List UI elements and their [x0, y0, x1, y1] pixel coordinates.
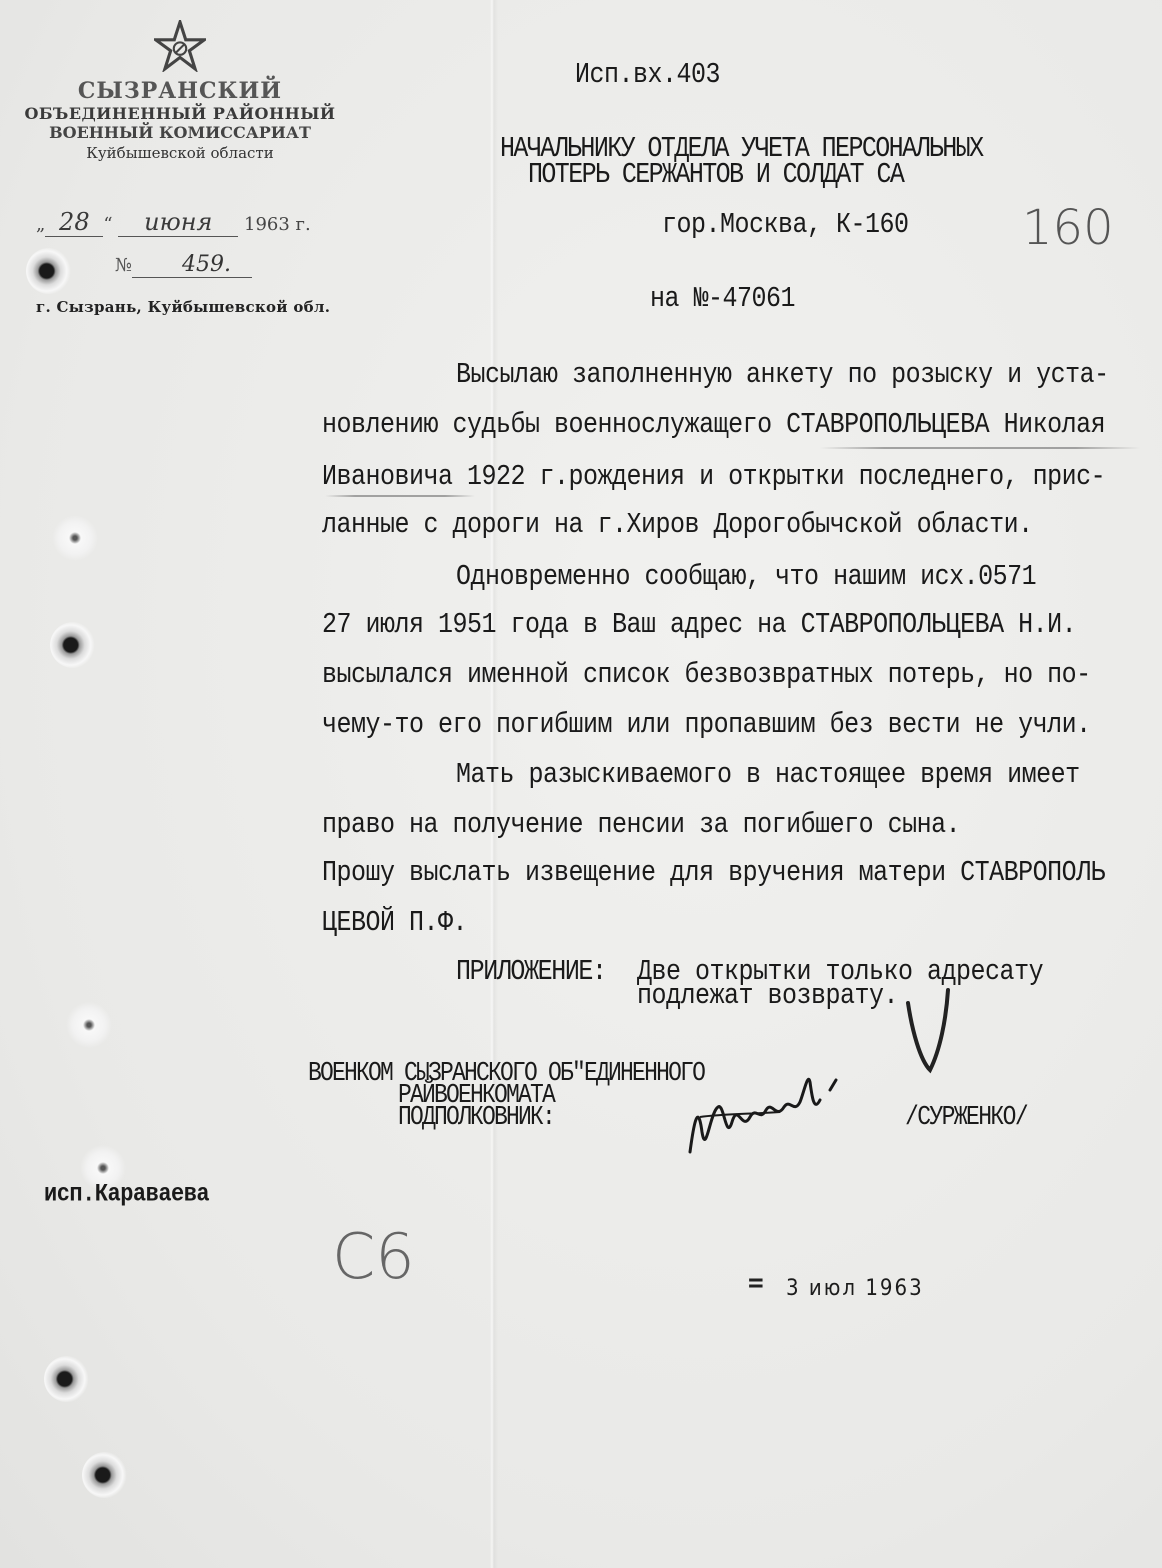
- received-stamp-prefix: =: [748, 1268, 764, 1298]
- stamp-date-year: 1963 г.: [244, 214, 311, 235]
- pencil-note: С6: [332, 1220, 415, 1293]
- body-line: право на получение пенсии за погибшего с…: [322, 808, 960, 841]
- body-line: Одновременно сообщаю, что нашим исх.0571: [456, 560, 1036, 593]
- punch-hole: [52, 515, 98, 561]
- body-line: высылался именной список безвозвратных п…: [322, 658, 1091, 691]
- stamp-date-month: июня: [118, 208, 238, 237]
- body-line: чему-то его погибшим или пропавшим без в…: [322, 708, 1091, 741]
- attachment-line-2: подлежат возврату.: [637, 979, 898, 1012]
- stamp-number-label: №: [115, 255, 132, 276]
- body-line: Ивановича 1922 г.рождения и открытки пос…: [322, 460, 1105, 493]
- body-line: Прошу выслать извещение для вручения мат…: [322, 856, 1105, 889]
- incoming-reference: Исп.вх.403: [575, 58, 720, 91]
- stamp-city: г. Сызрань, Куйбышевской обл.: [36, 298, 330, 316]
- stamp-line-1: СЫЗРАНСКИЙ: [20, 78, 340, 104]
- body-line: ланные с дороги на г.Хиров Дорогобычской…: [322, 508, 1033, 541]
- signature-line-3: ПОДПОЛКОВНИК:: [398, 1102, 554, 1132]
- commissariat-stamp: СЫЗРАНСКИЙ ОБЪЕДИНЕННЫЙ РАЙОННЫЙ ВОЕННЫЙ…: [20, 20, 340, 162]
- stamp-line-3: ВОЕННЫЙ КОМИССАРИАТ: [20, 123, 340, 142]
- signatory-name: /СУРЖЕНКО/: [905, 1102, 1027, 1132]
- punch-hole: [50, 622, 96, 668]
- check-mark-icon: [880, 975, 960, 1075]
- punch-hole: [44, 1356, 90, 1402]
- handwritten-signature: [680, 1062, 880, 1162]
- addressee-line-2: ПОТЕРЬ СЕРЖАНТОВ И СОЛДАТ СА: [528, 158, 903, 191]
- addressee-city: гор.Москва, К-160: [662, 208, 909, 241]
- received-date-stamp: 3 июл 1963: [786, 1276, 924, 1301]
- stamp-date-day: 28: [45, 208, 103, 237]
- punch-hole: [82, 1452, 128, 1498]
- stamp-number-value: 459.: [132, 252, 252, 278]
- stamp-line-2: ОБЪЕДИНЕННЫЙ РАЙОННЫЙ: [20, 104, 340, 123]
- body-line: 27 июля 1951 года в Ваш адрес на СТАВРОП…: [322, 608, 1076, 641]
- body-line: Высылаю заполненную анкету по розыску и …: [456, 358, 1109, 391]
- pencil-underline: [325, 495, 475, 497]
- executor-name: исп.Караваева: [44, 1180, 209, 1209]
- body-line: ЦЕВОЙ П.Ф.: [322, 906, 467, 939]
- body-line: новлению судьбы военнослужащего СТАВРОПО…: [322, 408, 1105, 441]
- punch-hole: [26, 248, 72, 294]
- pencil-underline: [820, 447, 1140, 449]
- handwritten-mark: 160: [1022, 200, 1114, 256]
- reply-reference: на №-47061: [650, 282, 795, 315]
- stamp-line-4: Куйбышевской области: [20, 144, 340, 162]
- body-line: Мать разыскиваемого в настоящее время им…: [456, 758, 1080, 791]
- red-army-star-icon: [154, 20, 206, 72]
- punch-hole: [66, 1002, 112, 1048]
- stamp-date: „28“ июня 1963 г.: [36, 208, 336, 237]
- attachment-label: ПРИЛОЖЕНИЕ:: [456, 955, 606, 988]
- stamp-number: №459.: [115, 252, 252, 278]
